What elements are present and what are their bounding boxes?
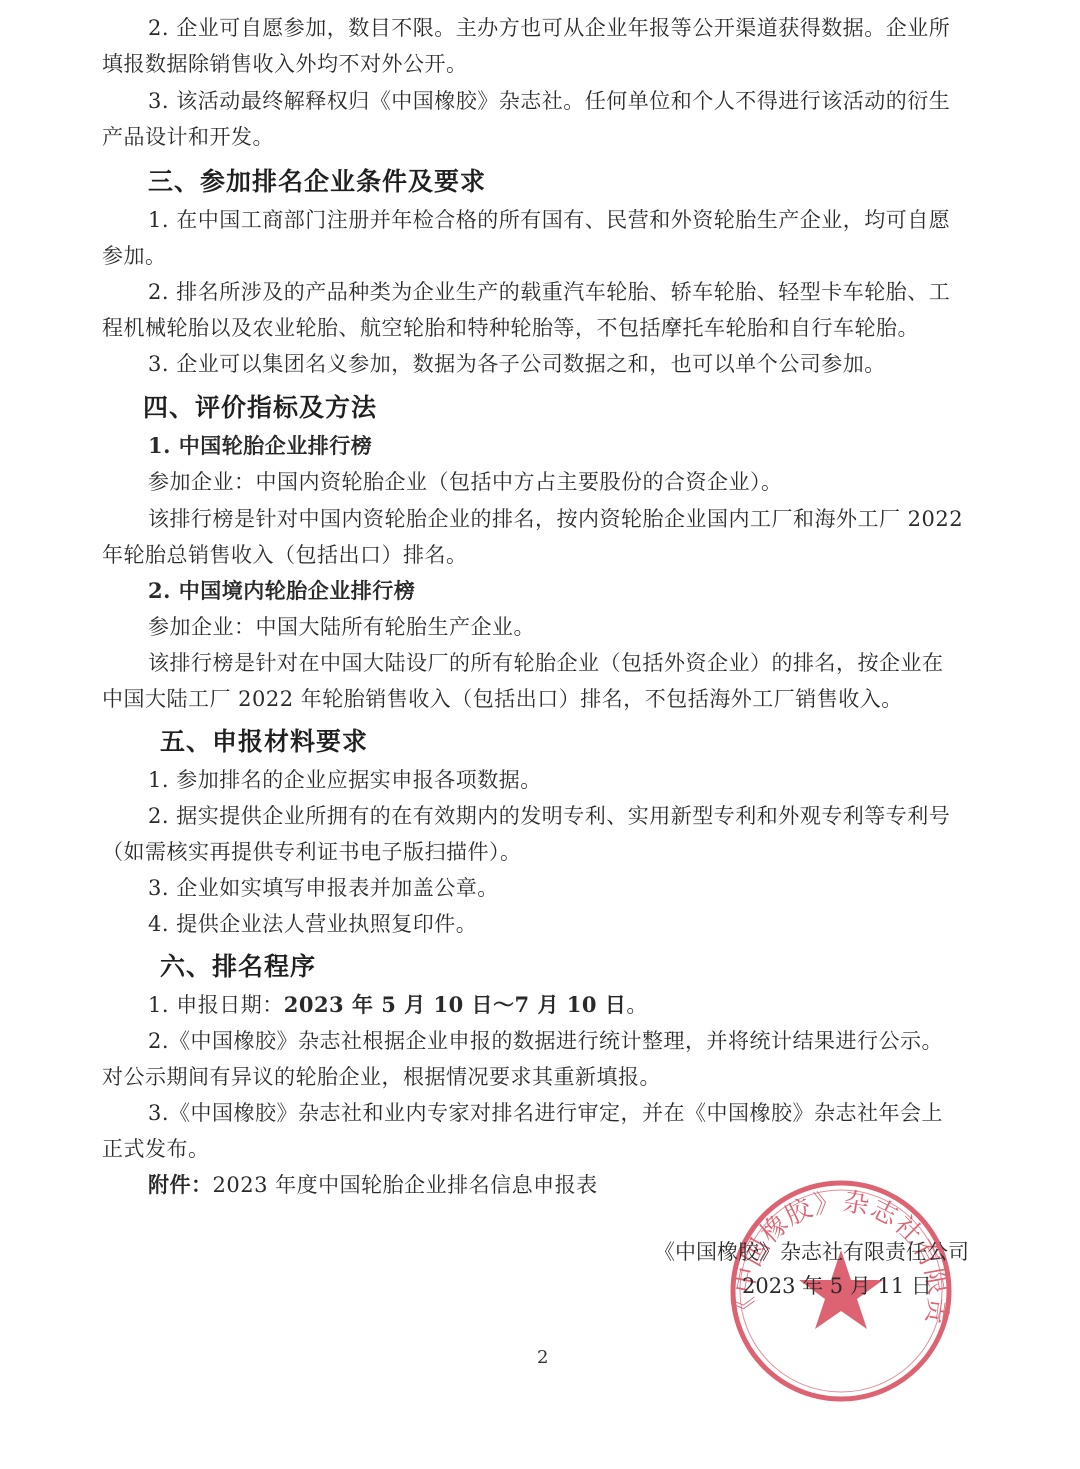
signature-organization: 《中国橡胶》杂志社有限责任公司 (654, 1238, 969, 1266)
section-5-item-3: 3. 企业如实填写申报表并加盖公章。 (148, 874, 1028, 902)
section-4-sub-1-desc-line2: 年轮胎总销售收入（包括出口）排名。 (102, 541, 982, 569)
section-3-item-1-line1: 1. 在中国工商部门注册并年检合格的所有国有、民营和外资轮胎生产企业，均可自愿 (148, 206, 1028, 234)
section-4-sub-2-desc-line2: 中国大陆工厂 2022 年轮胎销售收入（包括出口）排名，不包括海外工厂销售收入。 (102, 685, 982, 713)
section-3-heading: 三、参加排名企业条件及要求 (148, 166, 486, 198)
intro-item-3-line2: 产品设计和开发。 (102, 123, 982, 151)
page-number: 2 (537, 1347, 548, 1368)
attachment-text: 2023 年度中国轮胎企业排名信息申报表 (213, 1173, 598, 1197)
section-6-heading: 六、排名程序 (160, 951, 316, 983)
intro-item-2-line2: 填报数据除销售收入外均不对外公开。 (102, 50, 982, 78)
section-3-item-2-line1: 2. 排名所涉及的产品种类为企业生产的载重汽车轮胎、轿车轮胎、轻型卡车轮胎、工 (148, 278, 1028, 306)
section-4-heading: 四、评价指标及方法 (143, 392, 377, 424)
section-6-item-1-prefix: 1. 申报日期： (148, 993, 284, 1017)
section-4-sub-1-participants: 参加企业：中国内资轮胎企业（包括中方占主要股份的合资企业）。 (148, 468, 1028, 496)
section-4-sub-1-title: 1. 中国轮胎企业排行榜 (148, 432, 1028, 460)
section-3-item-3-line1: 3. 企业可以集团名义参加，数据为各子公司数据之和，也可以单个公司参加。 (148, 350, 1028, 378)
section-3-item-1-line2: 参加。 (102, 242, 982, 270)
intro-item-2-line1: 2. 企业可自愿参加，数目不限。主办方也可从企业年报等公开渠道获得数据。企业所 (148, 14, 1028, 42)
section-4-sub-1-desc-line1: 该排行榜是针对中国内资轮胎企业的排名，按内资轮胎企业国内工厂和海外工厂 2022 (148, 505, 1028, 533)
section-6-item-2-line2: 对公示期间有异议的轮胎企业，根据情况要求其重新填报。 (102, 1063, 982, 1091)
section-6-item-1: 1. 申报日期：2023 年 5 月 10 日～7 月 10 日。 (148, 991, 1028, 1019)
section-6-item-3-line2: 正式发布。 (102, 1135, 982, 1163)
section-6-item-2-line1: 2.《中国橡胶》杂志社根据企业申报的数据进行统计整理，并将统计结果进行公示。 (148, 1027, 1028, 1055)
section-5-item-2-line1: 2. 据实提供企业所拥有的在有效期内的发明专利、实用新型专利和外观专利等专利号 (148, 802, 1028, 830)
section-3-item-2-line2: 程机械轮胎以及农业轮胎、航空轮胎和特种轮胎等，不包括摩托车轮胎和自行车轮胎。 (102, 314, 982, 342)
intro-item-3-line1: 3. 该活动最终解释权归《中国橡胶》杂志社。任何单位和个人不得进行该活动的衍生 (148, 87, 1028, 115)
signature-date: 2023 年 5 月 11 日 (742, 1272, 932, 1300)
section-6-item-3-line1: 3.《中国橡胶》杂志社和业内专家对排名进行审定，并在《中国橡胶》杂志社年会上 (148, 1099, 1028, 1127)
section-4-sub-2-desc-line1: 该排行榜是针对在中国大陆设厂的所有轮胎企业（包括外资企业）的排名，按企业在 (148, 649, 1028, 677)
section-5-heading: 五、申报材料要求 (160, 726, 368, 758)
section-5-item-4: 4. 提供企业法人营业执照复印件。 (148, 910, 1028, 938)
section-5-item-1: 1. 参加排名的企业应据实申报各项数据。 (148, 766, 1028, 794)
document-page: 2. 企业可自愿参加，数目不限。主办方也可从企业年报等公开渠道获得数据。企业所 … (0, 0, 1080, 1469)
section-4-sub-2-title: 2. 中国境内轮胎企业排行榜 (148, 577, 1028, 605)
section-6-item-1-suffix: 。 (626, 993, 648, 1017)
submission-dates: 2023 年 5 月 10 日～7 月 10 日 (284, 992, 627, 1017)
section-4-sub-2-participants: 参加企业：中国大陆所有轮胎生产企业。 (148, 613, 1028, 641)
section-5-item-2-line2: （如需核实再提供专利证书电子版扫描件）。 (102, 838, 982, 866)
attachment-label: 附件： (148, 1172, 213, 1197)
